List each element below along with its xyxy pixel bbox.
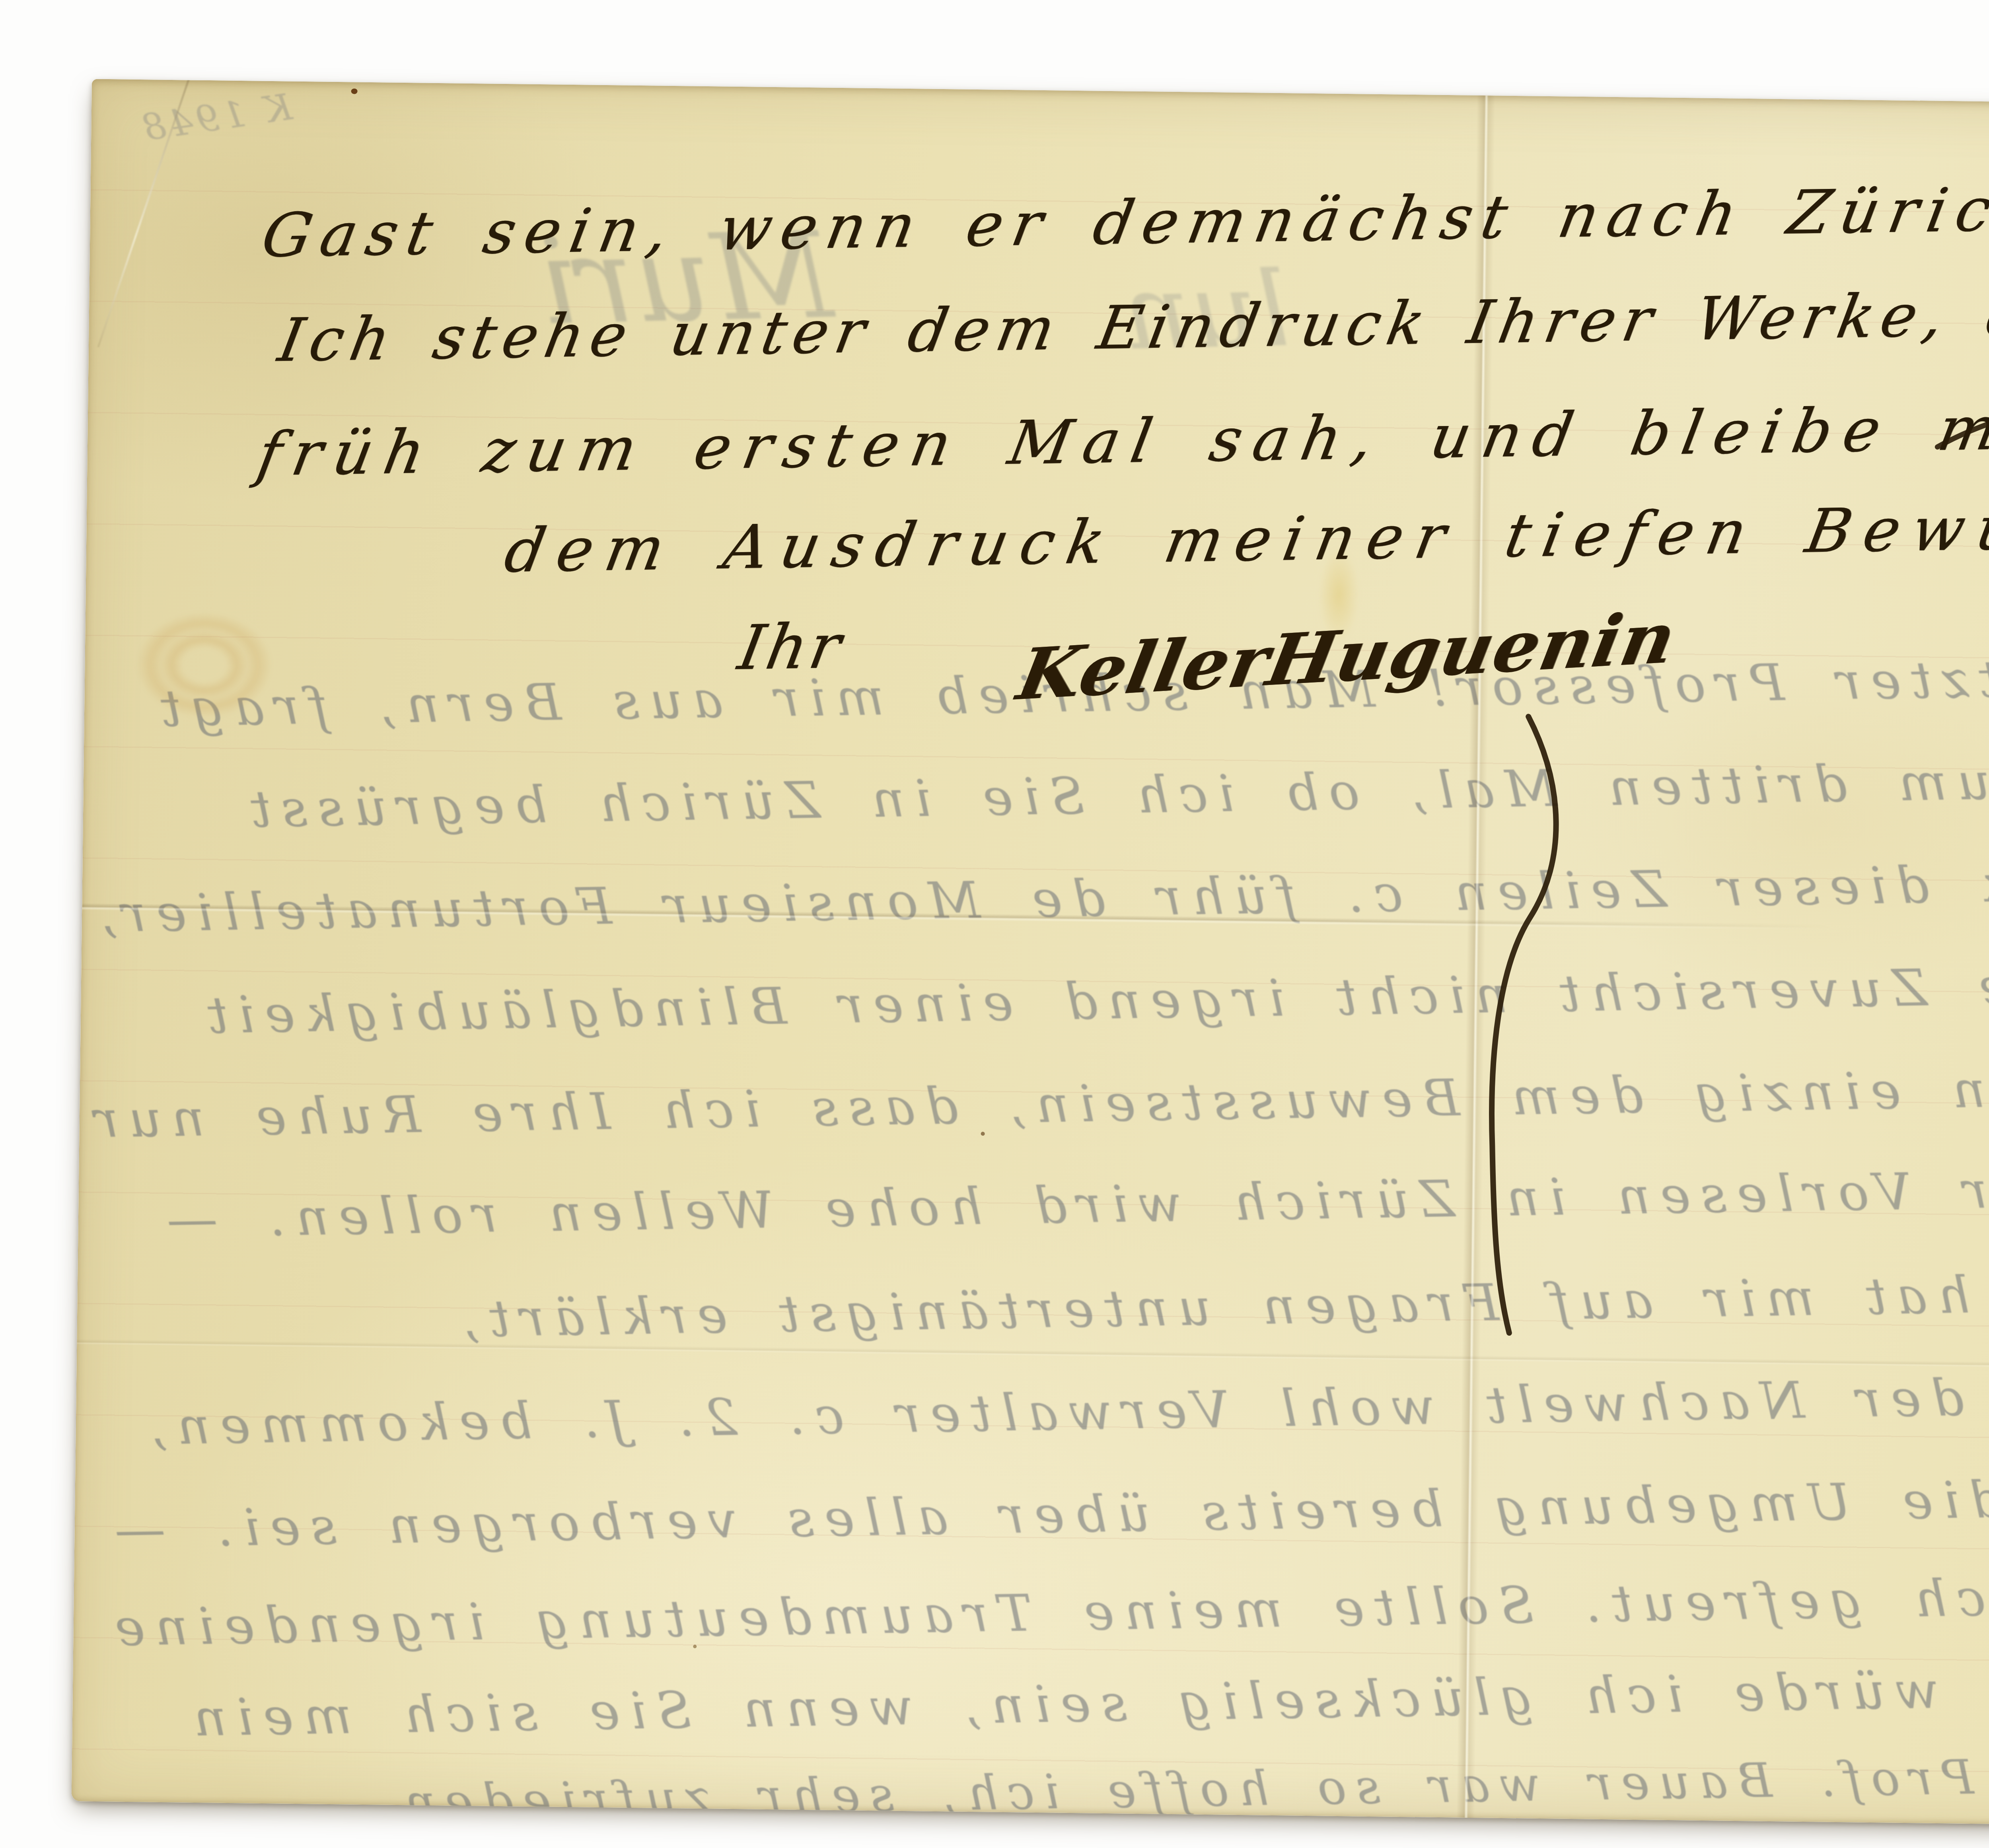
paper-speck <box>351 88 358 94</box>
letter-paper: Dr KELLER-HUGUENIN DUFOURSTR. 49 ZÜRICH … <box>72 79 1989 1834</box>
t-cross-flourish <box>1929 375 1989 482</box>
paper-speck <box>693 1645 697 1648</box>
ink-closing-ihr: Ihr <box>733 610 849 683</box>
paper-speck <box>981 1132 985 1136</box>
signature-flourish-tail <box>1390 699 1580 1346</box>
scanner-background: Dr KELLER-HUGUENIN DUFOURSTR. 49 ZÜRICH … <box>0 0 1989 1848</box>
